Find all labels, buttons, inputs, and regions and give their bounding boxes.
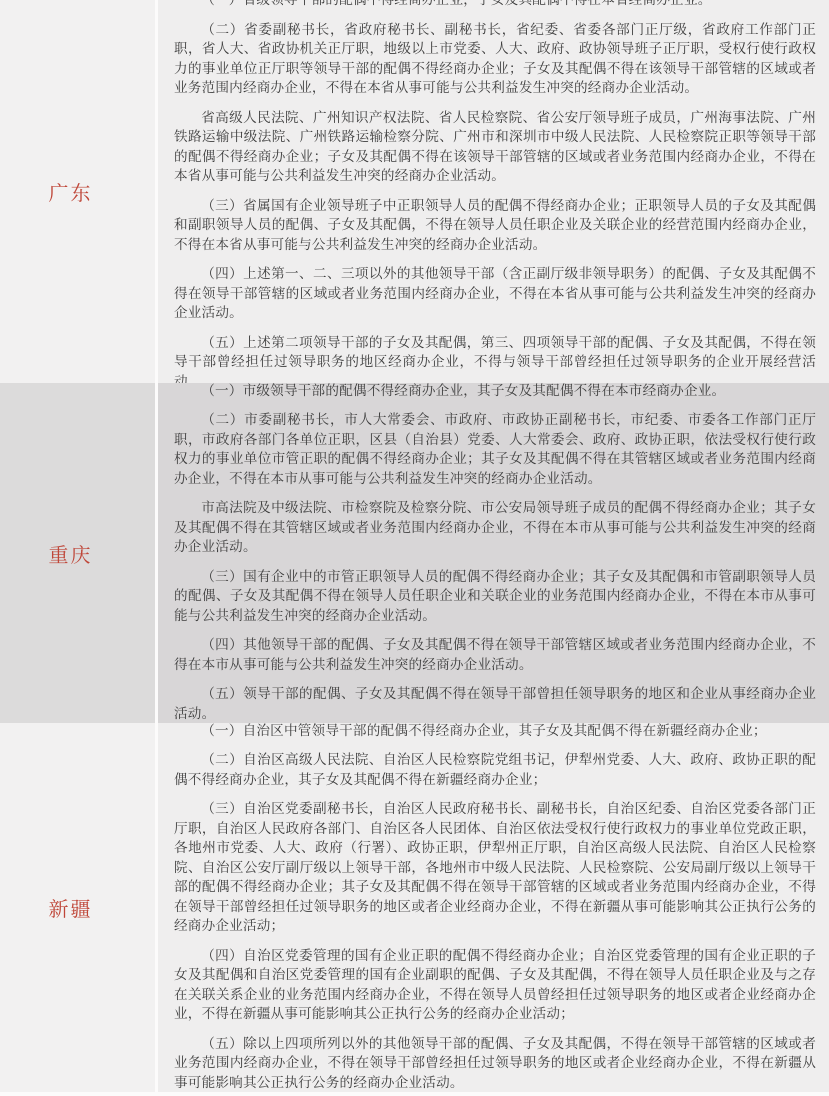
- clause-paragraph: 市高法院及中级法院、市检察院及检察分院、市公安局领导班子成员的配偶不得经商办企业…: [174, 499, 816, 558]
- region-clauses-chongqing: （一）市级领导干部的配偶不得经商办企业，其子女及其配偶不得在本市经商办企业。 （…: [158, 383, 829, 723]
- clause-paragraph: （三）自治区党委副秘书长，自治区人民政府秘书长、副秘书长，自治区纪委、自治区党委…: [174, 800, 816, 937]
- clause-paragraph: （五）领导干部的配偶、子女及其配偶不得在领导干部曾担任领导职务的地区和企业从事经…: [174, 685, 816, 724]
- region-label-cell-xinjiang: 新疆: [0, 723, 158, 1092]
- region-name-guangdong: 广东: [49, 177, 93, 206]
- clause-paragraph: （一）自治区中管领导干部的配偶不得经商办企业，其子女及其配偶不得在新疆经商办企业…: [174, 722, 816, 742]
- region-clauses-xinjiang: （一）自治区中管领导干部的配偶不得经商办企业，其子女及其配偶不得在新疆经商办企业…: [158, 723, 829, 1092]
- region-clauses-guangdong: （一）省级领导干部的配偶不得经商办企业，子女及其配偶不得在本省经商办企业。 （二…: [158, 0, 829, 383]
- clause-paragraph: （一）市级领导干部的配偶不得经商办企业，其子女及其配偶不得在本市经商办企业。: [174, 382, 816, 402]
- regulations-table: 广东 （一）省级领导干部的配偶不得经商办企业，子女及其配偶不得在本省经商办企业。…: [0, 0, 829, 1096]
- clause-paragraph: （四）上述第一、二、三项以外的其他领导干部（含正副厅级非领导职务）的配偶、子女及…: [174, 265, 816, 324]
- clause-paragraph: （二）自治区高级人民法院、自治区人民检察院党组书记，伊犁州党委、人大、政府、政协…: [174, 751, 816, 790]
- clause-paragraph: （一）省级领导干部的配偶不得经商办企业，子女及其配偶不得在本省经商办企业。: [174, 0, 816, 11]
- clause-paragraph: （四）自治区党委管理的国有企业正职的配偶不得经商办企业；自治区党委管理的国有企业…: [174, 947, 816, 1025]
- clause-paragraph: （二）省委副秘书长，省政府秘书长、副秘书长，省纪委、省委各部门正厅级，省政府工作…: [174, 21, 816, 99]
- region-row-guangdong: 广东 （一）省级领导干部的配偶不得经商办企业，子女及其配偶不得在本省经商办企业。…: [0, 0, 829, 383]
- region-row-chongqing: 重庆 （一）市级领导干部的配偶不得经商办企业，其子女及其配偶不得在本市经商办企业…: [0, 383, 829, 723]
- clause-paragraph: （五）除以上四项所列以外的其他领导干部的配偶、子女及其配偶，不得在领导干部管辖的…: [174, 1035, 816, 1094]
- clause-paragraph: （三）省属国有企业领导班子中正职领导人员的配偶不得经商办企业；正职领导人员的子女…: [174, 197, 816, 256]
- region-row-xinjiang: 新疆 （一）自治区中管领导干部的配偶不得经商办企业，其子女及其配偶不得在新疆经商…: [0, 723, 829, 1096]
- clause-paragraph: （二）市委副秘书长，市人大常委会、市政府、市政协正副秘书长，市纪委、市委各工作部…: [174, 411, 816, 489]
- region-label-cell-guangdong: 广东: [0, 0, 158, 383]
- region-name-xinjiang: 新疆: [49, 893, 93, 922]
- region-name-chongqing: 重庆: [49, 539, 93, 568]
- clause-paragraph: （三）国有企业中的市管正职领导人员的配偶不得经商办企业；其子女及其配偶和市管副职…: [174, 568, 816, 627]
- region-label-cell-chongqing: 重庆: [0, 383, 158, 723]
- clause-paragraph: （四）其他领导干部的配偶、子女及其配偶不得在领导干部管辖区域或者业务范围内经商办…: [174, 636, 816, 675]
- clause-paragraph: 省高级人民法院、广州知识产权法院、省人民检察院、省公安厅领导班子成员，广州海事法…: [174, 109, 816, 187]
